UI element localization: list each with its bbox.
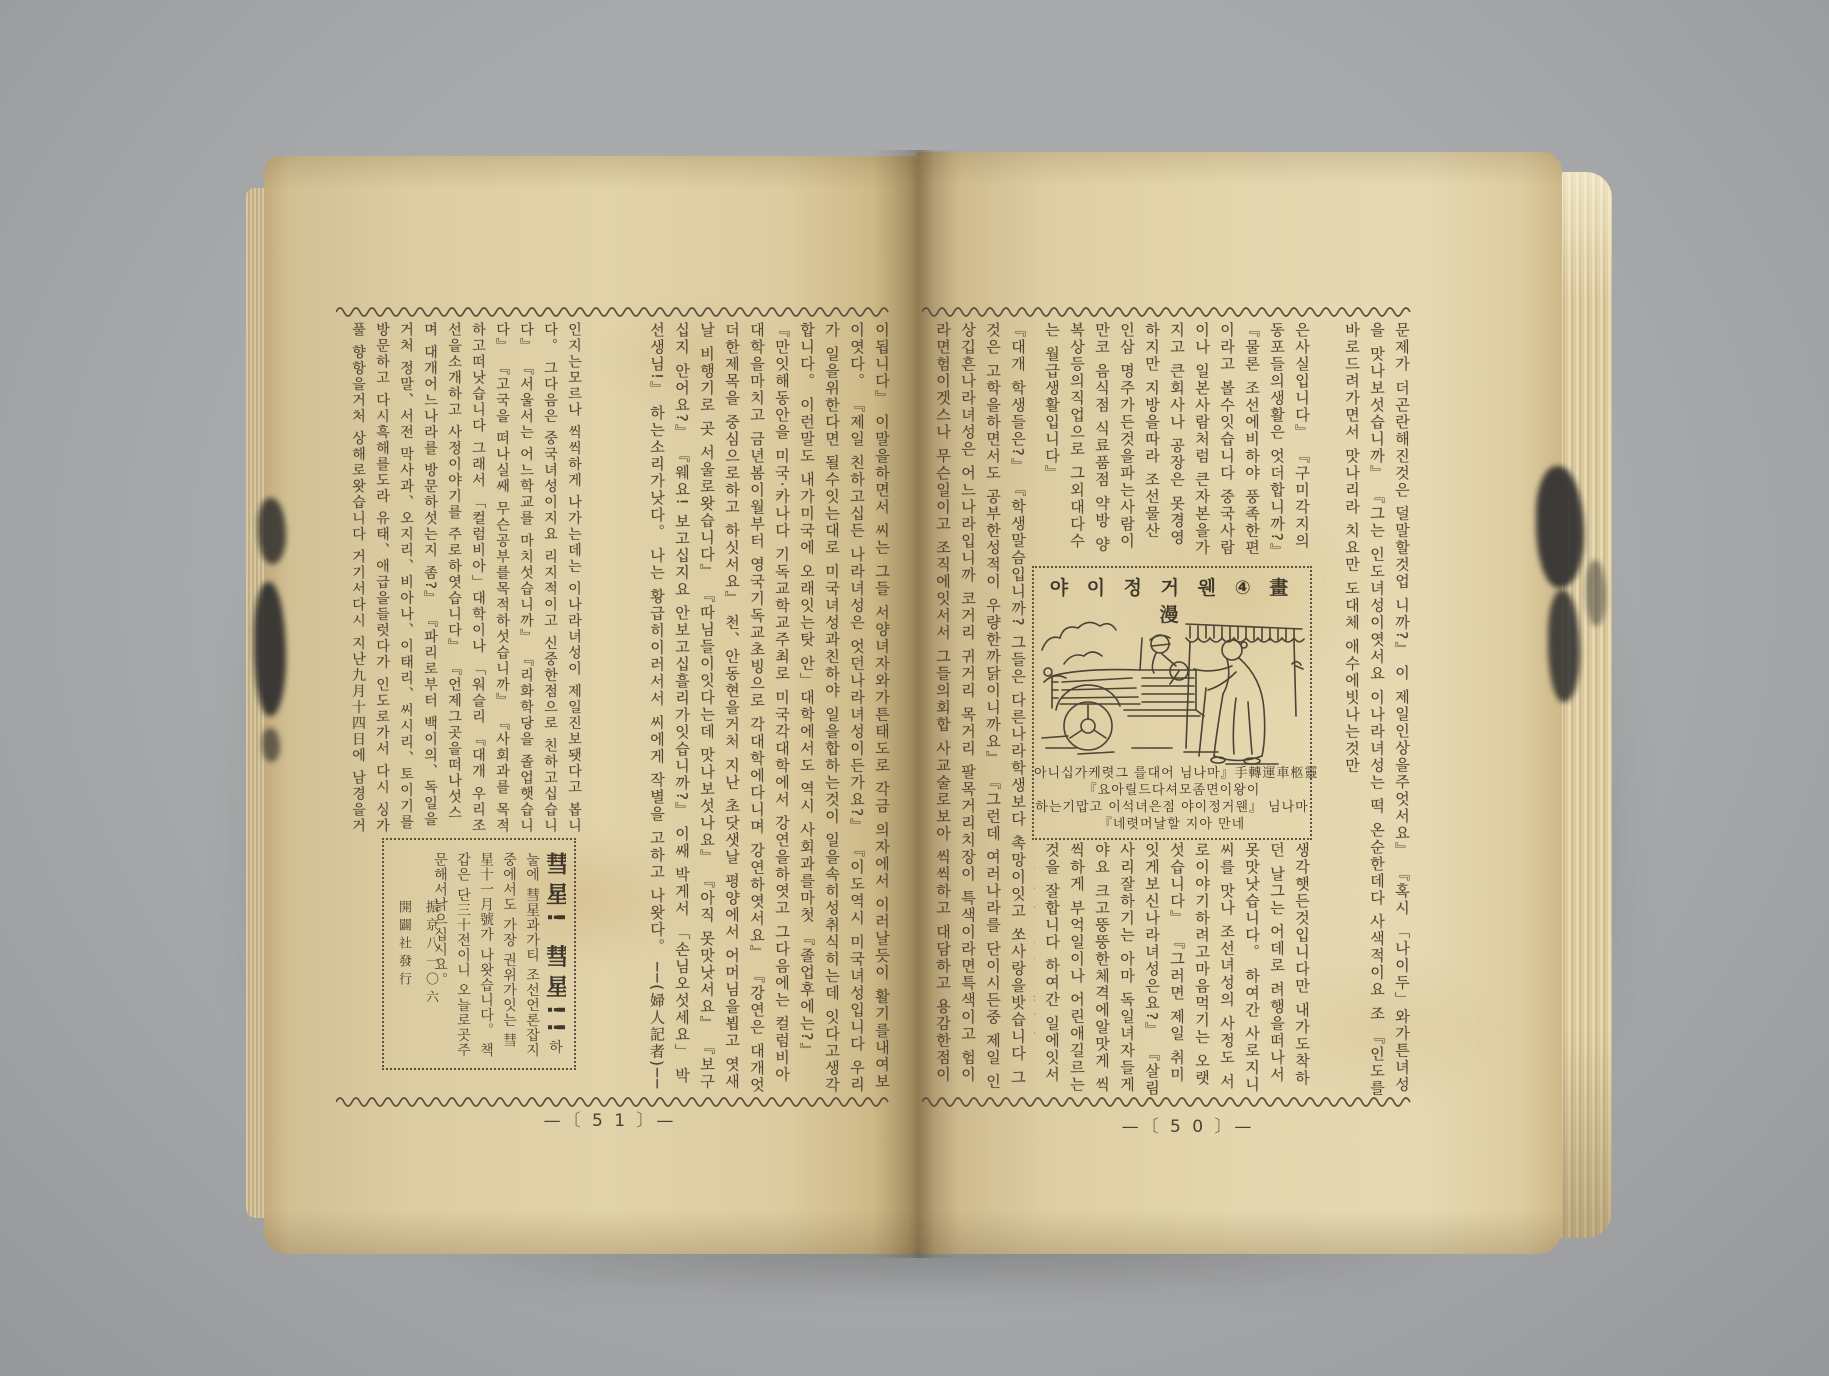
hyeseong-magazine-ad-box: 彗星! 彗星!!하눌에 彗星과가티 조선언론잡지중에서도 가장 권위가잇는 彗星… (382, 838, 576, 1070)
article-text-left-page-main: 이됩니다』 이말을하면서 씨는 그들 서양녀자와가튼태도로 각금 의자에서 이러… (590, 322, 894, 1100)
cartoon-panel-box: 야 이 정 거 웬 ④ 畫 漫 (1032, 566, 1312, 840)
article-text-above-cartoon: 은사실입니다』 『구미각지의 동포들의생활은 엇더합니까?』 『물론 조선에비하… (1034, 322, 1314, 562)
ad-publisher-block: 振京八一〇六開闢社發行 (394, 900, 440, 1060)
article-text-below-cartoon: 생각햇든것입니다만 내가도착하던 날그는 어데로 려행을떠나서 못맛낫습니다。 … (1034, 842, 1314, 1098)
ad-giro-number: 振京八一〇六 (421, 900, 440, 1060)
page-number-50: —〔 5 0 〕— (1118, 1112, 1258, 1137)
wavy-border-top-left (336, 306, 894, 318)
ad-publisher: 開闢社發行 (394, 900, 413, 1060)
page-number-51: —〔 5 1 〕— (540, 1106, 680, 1131)
cartoon-illustration (1036, 598, 1308, 766)
article-text-right-page-col-right: 문제가 더곤란해진것은 덜말할것업 니까?』 이 제일인상을주엇서요』 『혹시 … (1318, 322, 1414, 1100)
wavy-border-top-right (922, 306, 1414, 318)
cartoon-caption-line: 아니십가케렷그 를대어 님나마』手轉運車柩靈 (1034, 765, 1310, 782)
photo-background: 이됩니다』 이말을하면서 씨는 그들 서양녀자와가튼태도로 각금 의자에서 이러… (0, 0, 1829, 1376)
cartoon-caption-line: 『네렷머날할 지아 만네 (1034, 816, 1310, 833)
ink-smudge (262, 728, 280, 762)
cartoon-caption: 아니십가케렷그 를대어 님나마』手轉運車柩靈 『요아릴드다셔모좀면이왕이 하는기… (1034, 765, 1310, 833)
article-text-left-page-left: 인지는모르나 씩씩하게 나가는데는 이나라녀성이 제일진보됏다고 봅니다。 그다… (344, 322, 586, 836)
article-text-right-page-col-left: 『대개 학생들은?』 『학생말슴입니까? 그들은 다른나라학생보다 촉망이잇고 … (926, 322, 1030, 1100)
cartoon-caption-line: 하는기맙고 이석녀은점 야이정거웬』 님나마 (1034, 799, 1310, 816)
cartoon-caption-line: 『요아릴드다셔모좀면이왕이 (1034, 782, 1310, 799)
ad-title: 彗星! 彗星!! (542, 852, 566, 1039)
